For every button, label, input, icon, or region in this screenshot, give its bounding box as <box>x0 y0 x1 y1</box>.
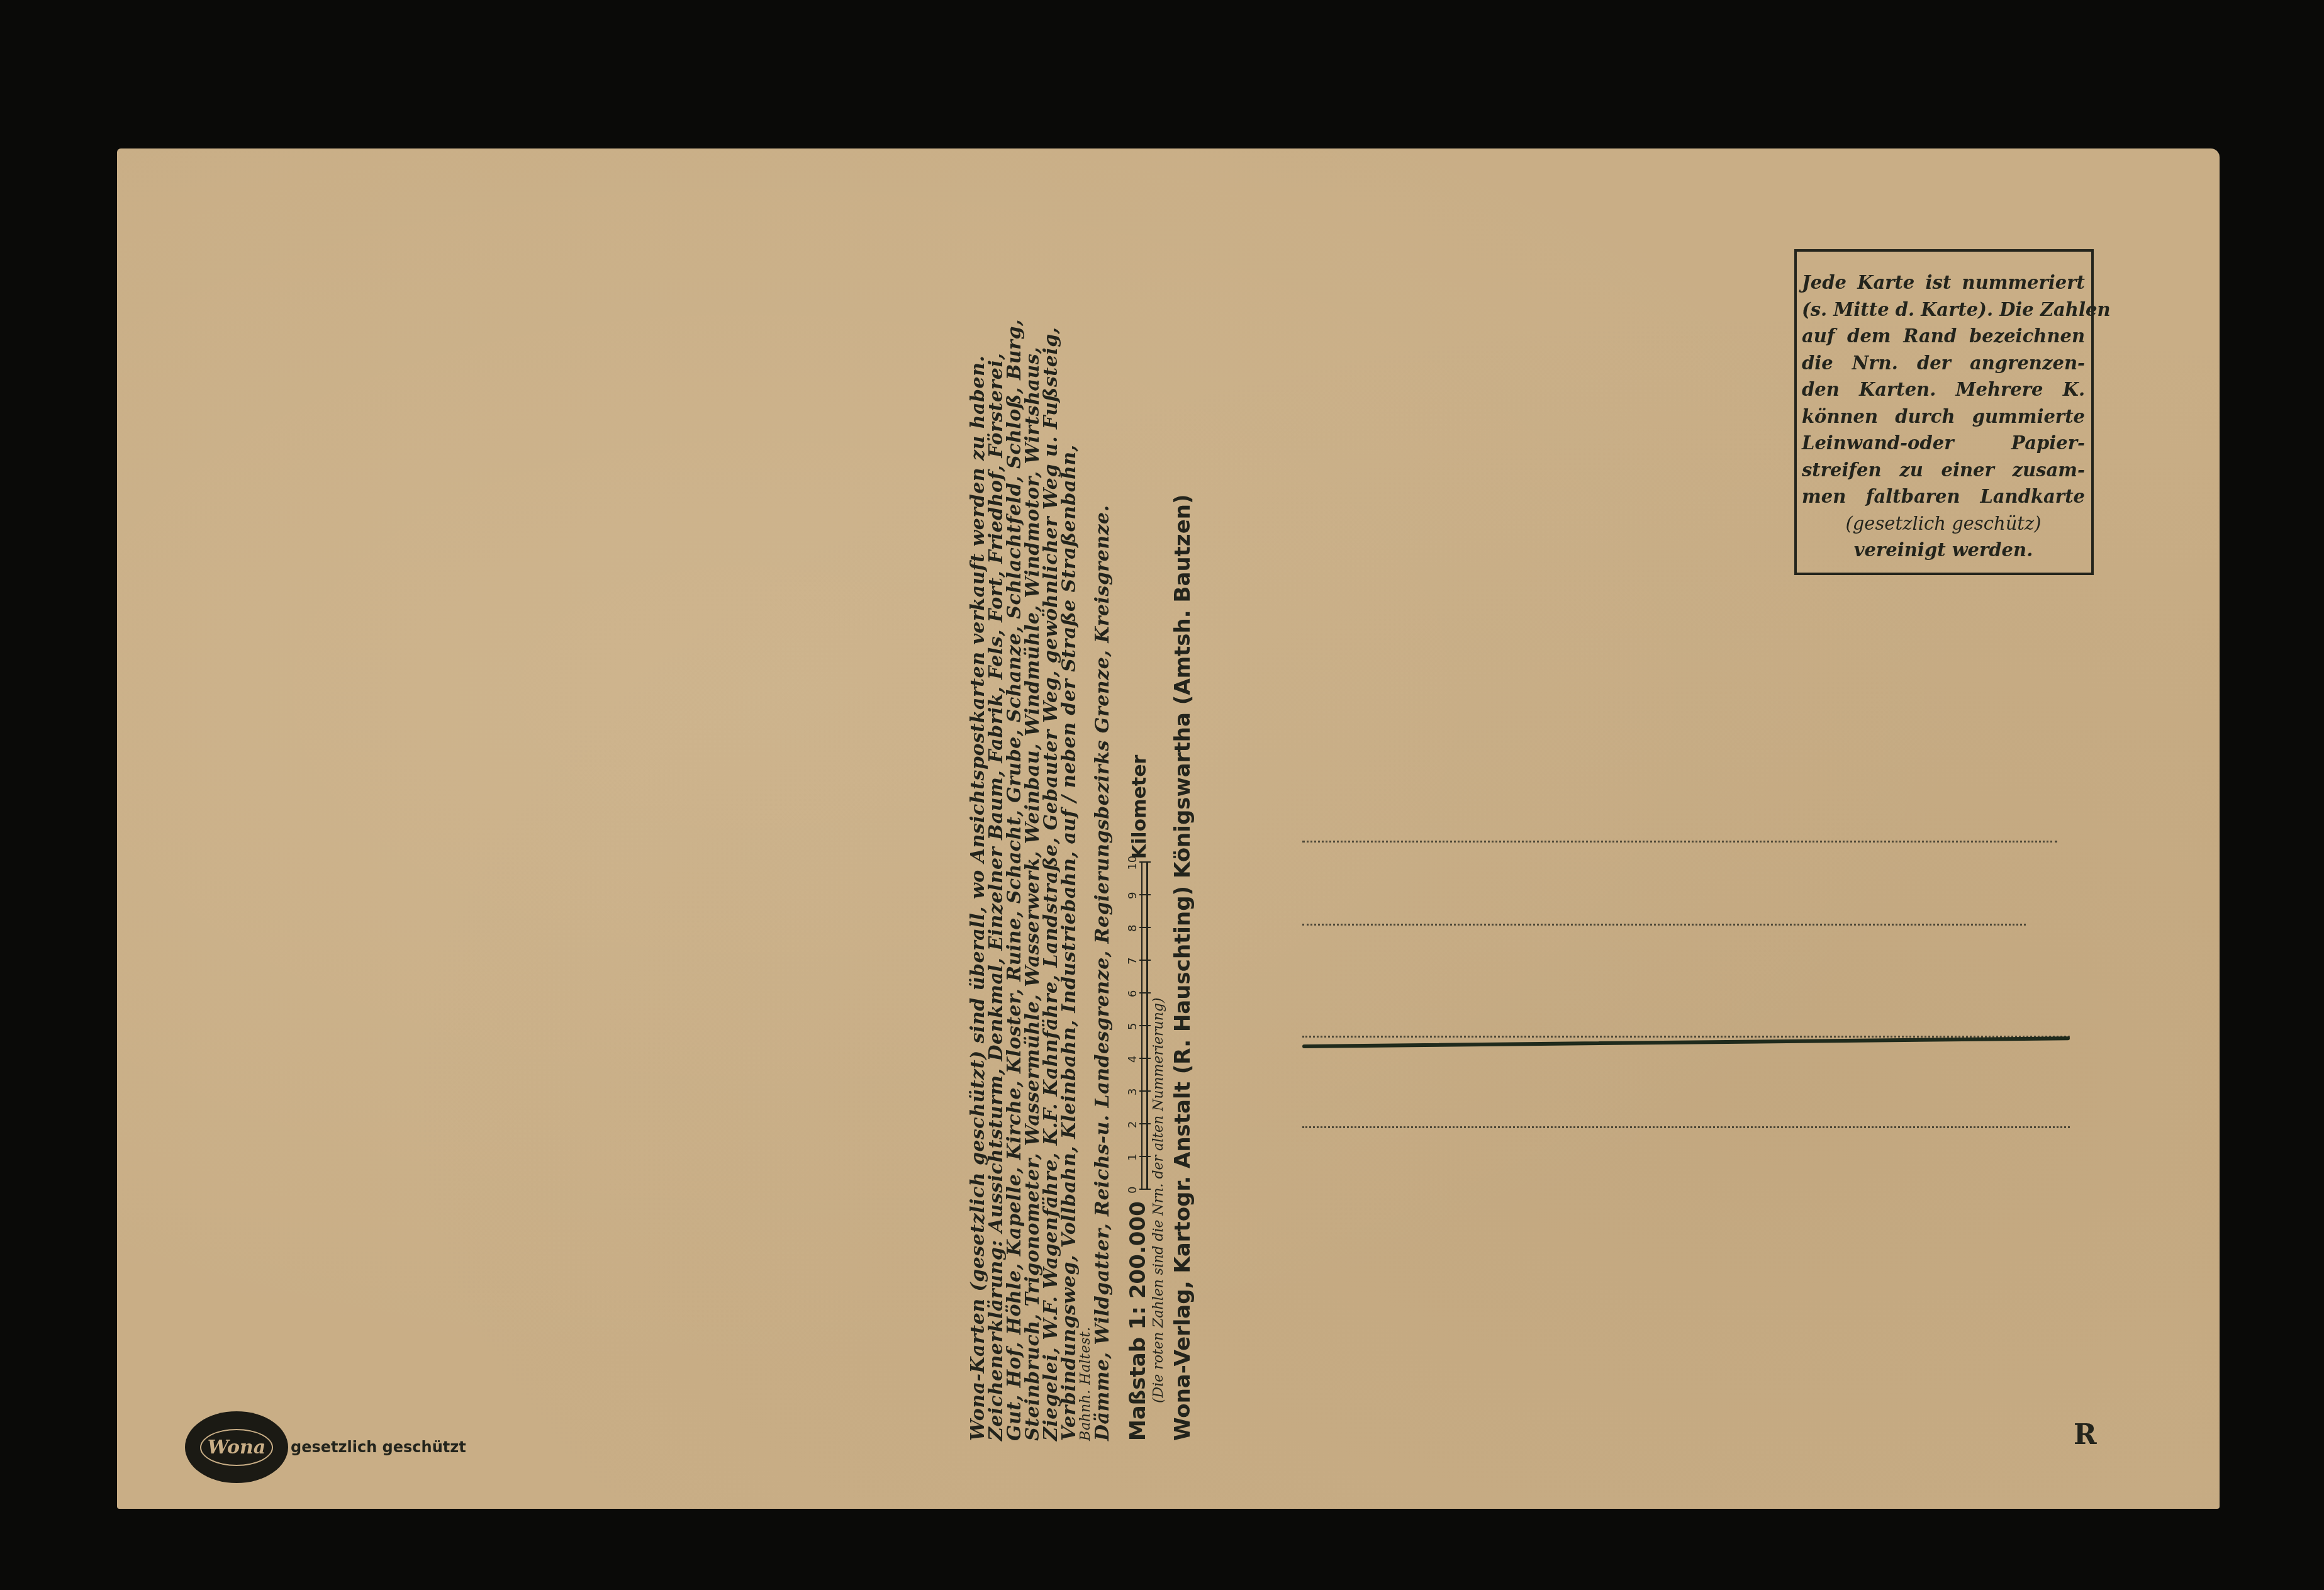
scale-tick-label: 3 <box>1126 1088 1139 1095</box>
info-line: Leinwand-oder Papier- <box>1802 430 2085 457</box>
info-line: streifen zu einer zusam- <box>1802 457 2085 484</box>
legend-line: Steinbruch, Trigonometer, Wassermühle, W… <box>1024 245 1042 1441</box>
info-line: (gesetzlich geschütz) <box>1802 510 2085 537</box>
scale-tick-label: 2 <box>1126 1121 1139 1128</box>
info-line: Jede Karte ist nummeriert <box>1802 269 2085 296</box>
info-line: (s. Mitte d. Karte). Die Zahlen <box>1802 296 2085 323</box>
legend-line: Ziegelei, W.F. Wagenfähre, K.F. Kahnfähr… <box>1042 245 1060 1441</box>
scale-unit: Kilometer <box>1129 755 1151 859</box>
scale-tick-label: 1 <box>1126 1153 1139 1160</box>
scale-tick-label: 8 <box>1126 924 1139 931</box>
scale-bar-line <box>1141 863 1148 1190</box>
scale-tick-label: 10 <box>1126 856 1139 870</box>
scale-tick-label: 5 <box>1126 1022 1139 1029</box>
corner-mark: R <box>2074 1419 2097 1451</box>
info-line: men faltbaren Landkarte <box>1802 483 2085 510</box>
legend-line: Dämme, Wildgatter, Reichs-u. Landesgrenz… <box>1093 245 1112 1441</box>
legend-line: Wona-Karten (gesetzlich geschützt) sind … <box>969 245 987 1441</box>
info-line: die Nrn. der angrenzen- <box>1802 350 2085 377</box>
address-line-2 <box>1302 924 2026 926</box>
legend-line: Zeichenerklärung: Aussichtsturm, Denkmal… <box>987 245 1005 1441</box>
scale-tick-label: 6 <box>1126 990 1139 997</box>
scale-label: Maßstab 1: 200.000 <box>1126 1201 1151 1441</box>
scale-row: Maßstab 1: 200.000 0 1 2 3 4 5 6 7 8 9 1… <box>1115 245 1151 1441</box>
legend-line: Gut, Hof, Höhle, Kapelle, Kirche, Kloste… <box>1005 245 1024 1441</box>
numbering-note: (Die roten Zahlen sind die Nrn. der alte… <box>1151 245 1166 1403</box>
address-line-1 <box>1302 841 2057 843</box>
scale-tick-label: 7 <box>1126 957 1139 964</box>
legend-line: Verbindungsweg, Vollbahn, Kleinbahn, Ind… <box>1060 245 1078 1441</box>
scale-tick-label: 4 <box>1126 1055 1139 1062</box>
info-line: den Karten. Mehrere K. <box>1802 376 2085 403</box>
info-line: können durch gummierte <box>1802 403 2085 430</box>
scale-tick-label: 9 <box>1126 892 1139 899</box>
map-legend: Wona-Karten (gesetzlich geschützt) sind … <box>969 245 1233 1441</box>
info-line: vereinigt werden. <box>1802 537 2085 564</box>
scale-tick-label: 0 <box>1126 1186 1139 1193</box>
wona-logo-mark: Wona <box>186 1413 287 1482</box>
copyright-notice: gesetzlich geschützt <box>291 1438 466 1456</box>
scale-bar: 0 1 2 3 4 5 6 7 8 9 10 <box>1129 863 1151 1190</box>
publisher-imprint: Wona-Verlag, Kartogr. Anstalt (R. Hausch… <box>1170 245 1195 1441</box>
address-line-4 <box>1302 1126 2070 1128</box>
wona-logo: Wona gesetzlich geschützt <box>186 1413 466 1482</box>
info-line: auf dem Rand bezeichnen <box>1802 323 2085 350</box>
info-box: Jede Karte ist nummeriert (s. Mitte d. K… <box>1794 249 2094 575</box>
